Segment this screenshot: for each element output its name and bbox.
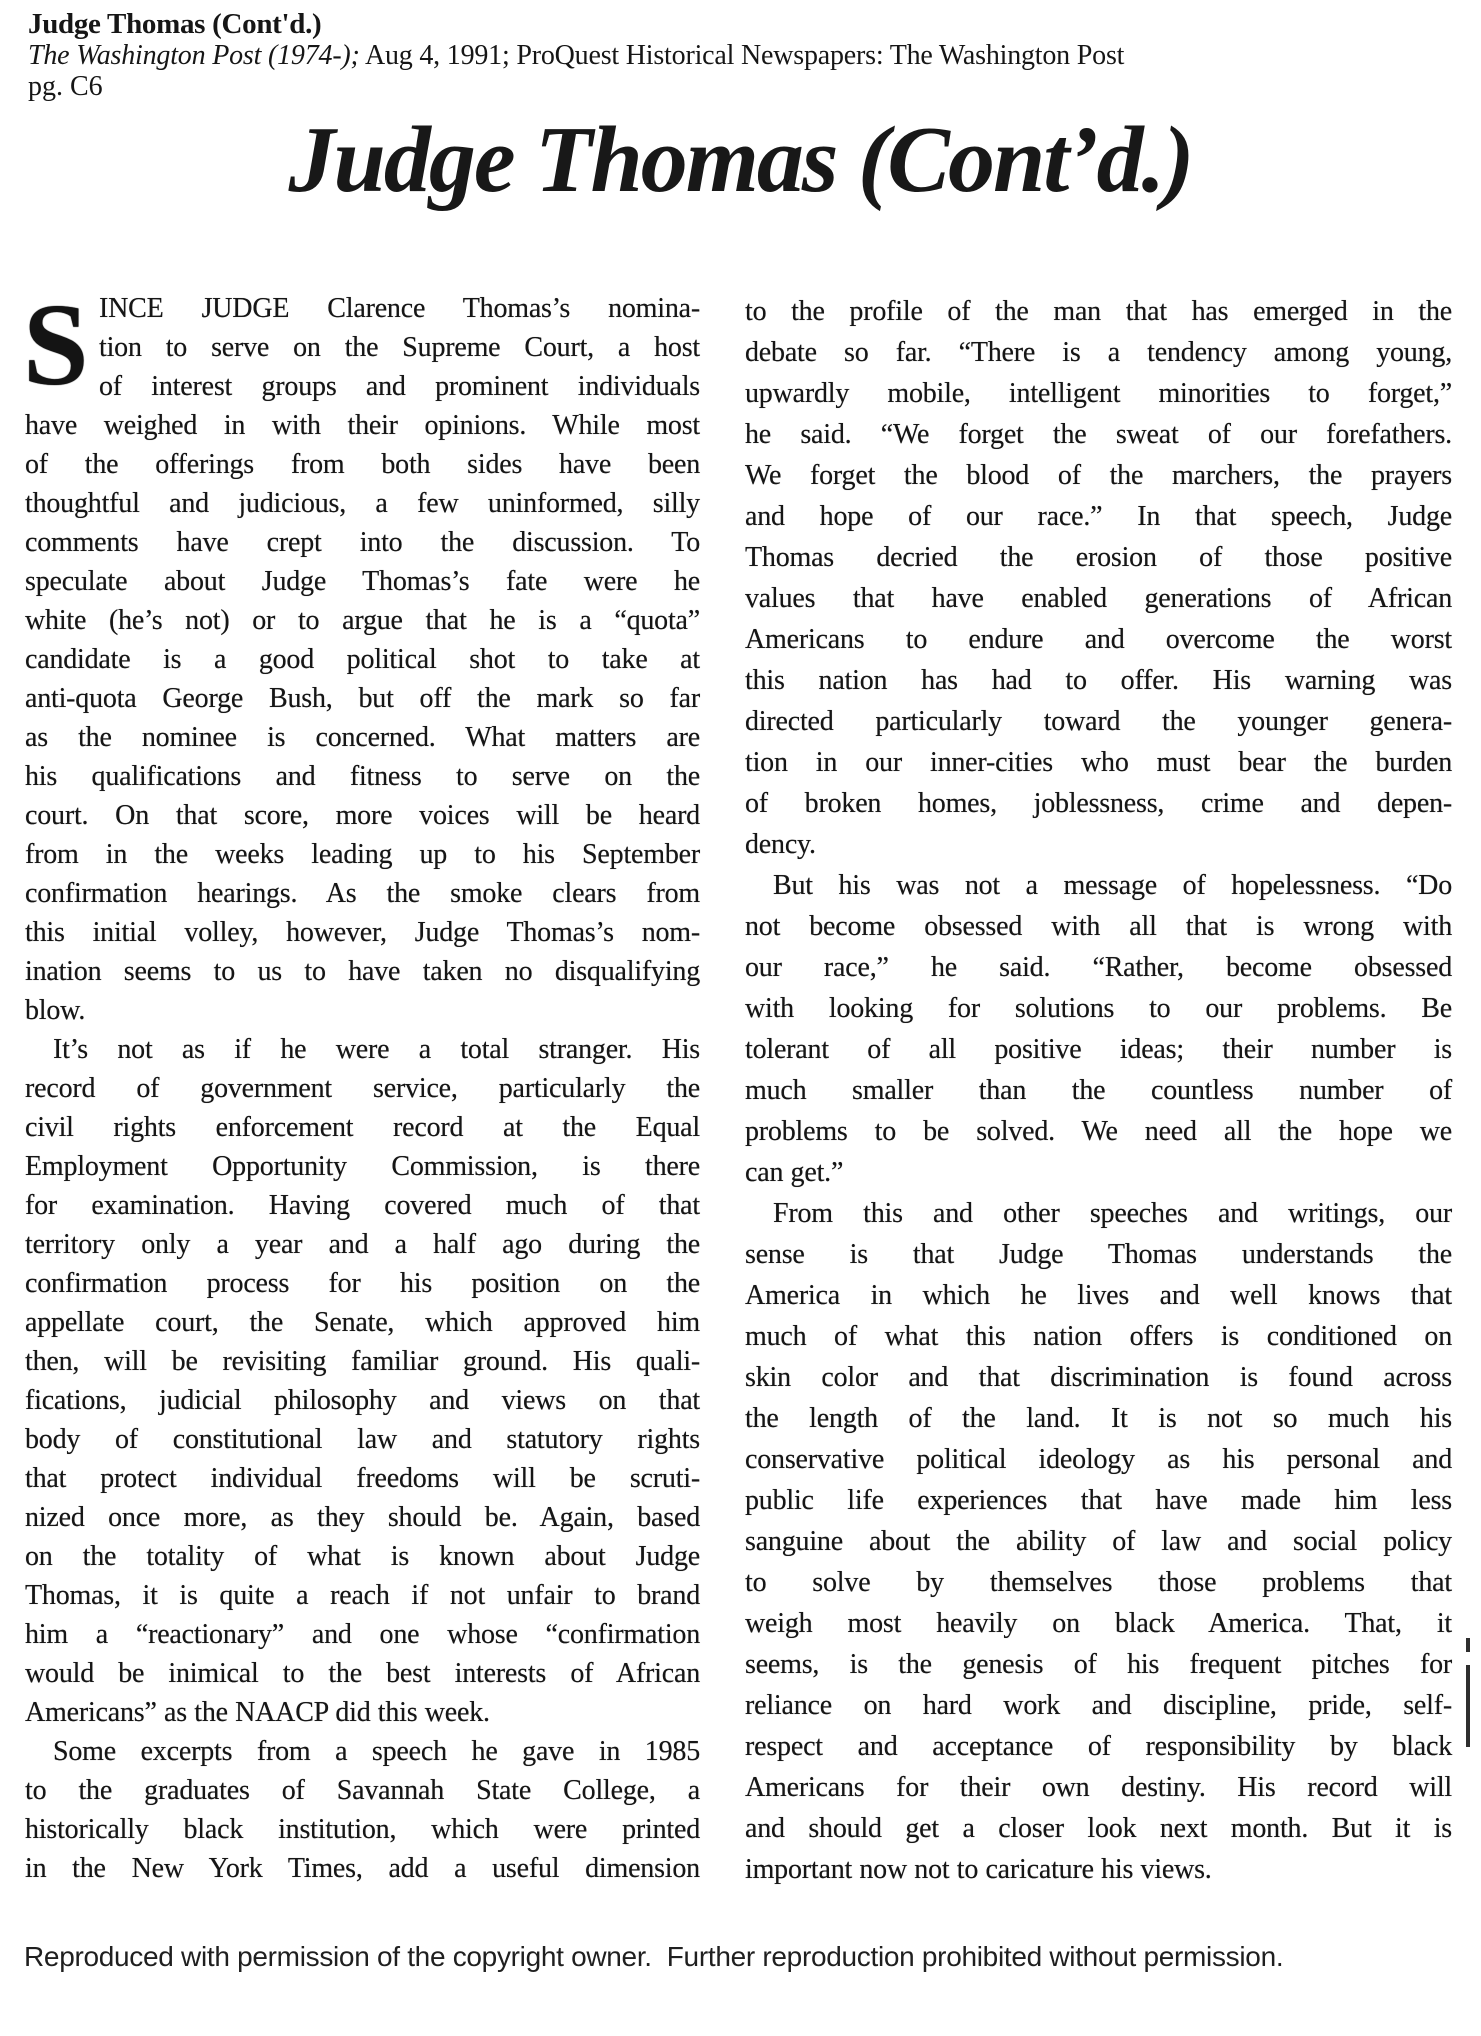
article-line: We forget the blood of the marchers, the… [745, 455, 1452, 496]
article-line: court. On that score, more voices will b… [25, 796, 700, 835]
article-line: candidate is a good political shot to ta… [25, 640, 700, 679]
article-line: tion to serve on the Supreme Court, a ho… [25, 328, 700, 367]
article-line: tion in our inner-cities who must bear t… [745, 742, 1452, 783]
article-line: speculate about Judge Thomas’s fate were… [25, 562, 700, 601]
scan-artifact-dash [1466, 1638, 1470, 1652]
article-headline: Judge Thomas (Cont’d.) [0, 106, 1481, 214]
article-line: Americans for their own destiny. His rec… [745, 1767, 1452, 1808]
article-line: from in the weeks leading up to his Sept… [25, 835, 700, 874]
article-line: It’s not as if he were a total stranger.… [25, 1030, 700, 1069]
article-line: Americans” as the NAACP did this week. [25, 1693, 700, 1732]
article-line: fications, judicial philosophy and views… [25, 1381, 700, 1420]
article-line: problems to be solved. We need all the h… [745, 1111, 1452, 1152]
article-line: record of government service, particular… [25, 1069, 700, 1108]
article-line: sanguine about the ability of law and so… [745, 1521, 1452, 1562]
article-line: But his was not a message of hopelessnes… [745, 865, 1452, 906]
article-line: have weighed in with their opinions. Whi… [25, 406, 700, 445]
article-line: and should get a closer look next month.… [745, 1808, 1452, 1849]
article-column-left: S INCE JUDGE Clarence Thomas’s nomina-ti… [25, 289, 700, 1888]
article-line: debate so far. “There is a tendency amon… [745, 332, 1452, 373]
article-line: for examination. Having covered much of … [25, 1186, 700, 1225]
article-line: public life experiences that have made h… [745, 1480, 1452, 1521]
article-line: confirmation hearings. As the smoke clea… [25, 874, 700, 913]
article-line: INCE JUDGE Clarence Thomas’s nomina- [25, 289, 700, 328]
article-line: of interest groups and prominent individ… [25, 367, 700, 406]
article-line: dency. [745, 824, 1452, 865]
article-line: seems, is the genesis of his frequent pi… [745, 1644, 1452, 1685]
article-line: in the New York Times, add a useful dime… [25, 1849, 700, 1888]
article-line: not become obsessed with all that is wro… [745, 906, 1452, 947]
article-line: to the profile of the man that has emerg… [745, 291, 1452, 332]
article-line: of the offerings from both sides have be… [25, 445, 700, 484]
article-line: he said. “We forget the sweat of our for… [745, 414, 1452, 455]
article-line: with looking for solutions to our proble… [745, 988, 1452, 1029]
article-line: to solve by themselves those problems th… [745, 1562, 1452, 1603]
article-line: weigh most heavily on black America. Tha… [745, 1603, 1452, 1644]
article-line: Thomas, it is quite a reach if not unfai… [25, 1576, 700, 1615]
article-line: confirmation process for his position on… [25, 1264, 700, 1303]
citation-title: Judge Thomas (Cont'd.) [28, 8, 1124, 40]
article-line: From this and other speeches and writing… [745, 1193, 1452, 1234]
article-line: ination seems to us to have taken no dis… [25, 952, 700, 991]
citation-source: The Washington Post (1974-); Aug 4, 1991… [28, 40, 1124, 71]
citation-header: Judge Thomas (Cont'd.) The Washington Po… [28, 8, 1124, 102]
article-line: on the totality of what is known about J… [25, 1537, 700, 1576]
article-line: thoughtful and judicious, a few uninform… [25, 484, 700, 523]
article-line: that protect individual freedoms will be… [25, 1459, 700, 1498]
article-line: territory only a year and a half ago dur… [25, 1225, 700, 1264]
article-line: then, will be revisiting familiar ground… [25, 1342, 700, 1381]
article-line: and hope of our race.” In that speech, J… [745, 496, 1452, 537]
article-line: sense is that Judge Thomas understands t… [745, 1234, 1452, 1275]
citation-source-details: Aug 4, 1991; ProQuest Historical Newspap… [360, 40, 1125, 71]
article-line: this nation has had to offer. His warnin… [745, 660, 1452, 701]
article-line: body of constitutional law and statutory… [25, 1420, 700, 1459]
copyright-footer: Reproduced with permission of the copyri… [24, 1941, 1283, 1973]
citation-source-publication: The Washington Post (1974-); [28, 40, 360, 71]
article-line: Some excerpts from a speech he gave in 1… [25, 1732, 700, 1771]
scanned-article-page: Judge Thomas (Cont'd.) The Washington Po… [0, 0, 1481, 2036]
article-line: can get.” [745, 1152, 1452, 1193]
article-line: blow. [25, 991, 700, 1030]
article-line: of broken homes, joblessness, crime and … [745, 783, 1452, 824]
article-line: our race,” he said. “Rather, become obse… [745, 947, 1452, 988]
article-line: him a “reactionary” and one whose “confi… [25, 1615, 700, 1654]
article-line: would be inimical to the best interests … [25, 1654, 700, 1693]
article-line: comments have crept into the discussion.… [25, 523, 700, 562]
article-line: conservative political ideology as his p… [745, 1439, 1452, 1480]
article-line: appellate court, the Senate, which appro… [25, 1303, 700, 1342]
article-line: nized once more, as they should be. Agai… [25, 1498, 700, 1537]
article-line: civil rights enforcement record at the E… [25, 1108, 700, 1147]
article-line: Thomas decried the erosion of those posi… [745, 537, 1452, 578]
article-line: much smaller than the countless number o… [745, 1070, 1452, 1111]
article-column-right: to the profile of the man that has emerg… [745, 291, 1452, 1890]
article-line: white (he’s not) or to argue that he is … [25, 601, 700, 640]
article-line: directed particularly toward the younger… [745, 701, 1452, 742]
article-line: tolerant of all positive ideas; their nu… [745, 1029, 1452, 1070]
article-line: this initial volley, however, Judge Thom… [25, 913, 700, 952]
article-line: as the nominee is concerned. What matter… [25, 718, 700, 757]
article-line: important now not to caricature his view… [745, 1849, 1452, 1890]
article-line: upwardly mobile, intelligent minorities … [745, 373, 1452, 414]
article-line: values that have enabled generations of … [745, 578, 1452, 619]
scan-artifact-dash [1466, 1665, 1470, 1747]
article-line: anti-quota George Bush, but off the mark… [25, 679, 700, 718]
article-line: much of what this nation offers is condi… [745, 1316, 1452, 1357]
article-line: Employment Opportunity Commission, is th… [25, 1147, 700, 1186]
article-line: America in which he lives and well knows… [745, 1275, 1452, 1316]
article-line: to the graduates of Savannah State Colle… [25, 1771, 700, 1810]
article-line: reliance on hard work and discipline, pr… [745, 1685, 1452, 1726]
article-line: his qualifications and fitness to serve … [25, 757, 700, 796]
article-line: Americans to endure and overcome the wor… [745, 619, 1452, 660]
article-line: the length of the land. It is not so muc… [745, 1398, 1452, 1439]
article-line: skin color and that discrimination is fo… [745, 1357, 1452, 1398]
article-line: respect and acceptance of responsibility… [745, 1726, 1452, 1767]
citation-page-number: pg. C6 [28, 71, 1124, 102]
article-line: historically black institution, which we… [25, 1810, 700, 1849]
drop-cap-letter: S [23, 299, 89, 391]
